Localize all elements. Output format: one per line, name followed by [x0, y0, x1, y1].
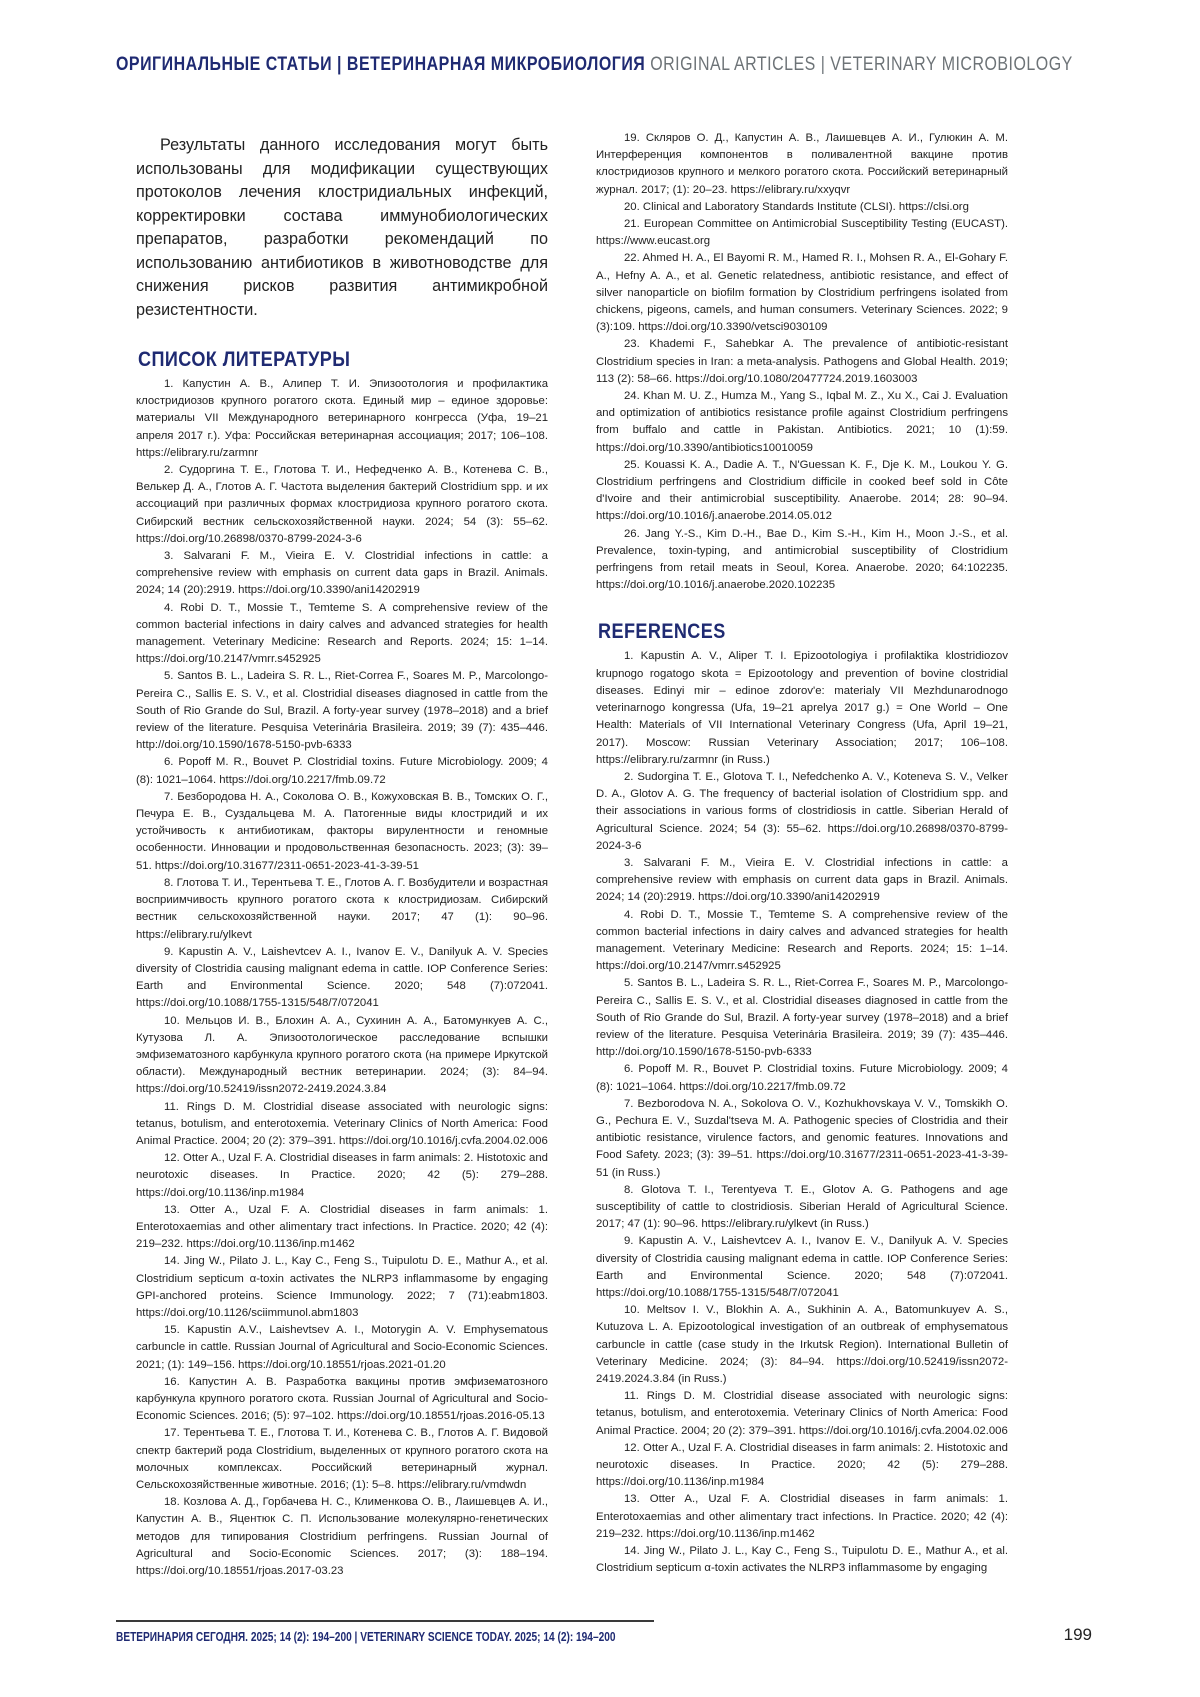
- reference-item: 9. Kapustin A. V., Laishevtcev A. I., Iv…: [596, 1233, 1008, 1302]
- reference-item: 14. Jing W., Pilato J. L., Kay C., Feng …: [596, 1543, 1008, 1577]
- ru-reference-list: 1. Капустин А. В., Алипер Т. И. Эпизоото…: [136, 376, 548, 1580]
- reference-item: 4. Robi D. T., Mossie T., Temteme S. A c…: [136, 600, 548, 669]
- reference-item: 21. European Committee on Antimicrobial …: [596, 216, 1008, 250]
- running-header: ОРИГИНАЛЬНЫЕ СТАТЬИ | ВЕТЕРИНАРНАЯ МИКРО…: [116, 54, 1073, 76]
- reference-item: 25. Kouassi K. A., Dadie A. T., N'Guessa…: [596, 457, 1008, 526]
- footer-citation: ВЕТЕРИНАРИЯ СЕГОДНЯ. 2025; 14 (2): 194–2…: [116, 1629, 616, 1644]
- reference-item: 17. Терентьева Т. Е., Глотова Т. И., Кот…: [136, 1425, 548, 1494]
- reference-item: 8. Глотова Т. И., Терентьева Т. Е., Глот…: [136, 875, 548, 944]
- reference-item: 23. Khademi F., Sahebkar A. The prevalen…: [596, 336, 1008, 388]
- reference-item: 16. Капустин А. В. Разработка вакцины пр…: [136, 1374, 548, 1426]
- reference-item: 20. Clinical and Laboratory Standards In…: [596, 199, 1008, 216]
- reference-item: 18. Козлова А. Д., Горбачева Н. С., Клим…: [136, 1494, 548, 1580]
- reference-item: 15. Kapustin A.V., Laishevtsev A. I., Mo…: [136, 1322, 548, 1374]
- reference-item: 22. Ahmed H. A., El Bayomi R. M., Hamed …: [596, 250, 1008, 336]
- reference-item: 11. Rings D. M. Clostridial disease asso…: [596, 1388, 1008, 1440]
- reference-item: 10. Мельцов И. В., Блохин А. А., Сухинин…: [136, 1013, 548, 1099]
- reference-item: 5. Santos B. L., Ladeira S. R. L., Riet-…: [136, 668, 548, 754]
- reference-item: 7. Bezborodova N. A., Sokolova O. V., Ko…: [596, 1096, 1008, 1182]
- reference-item: 12. Otter A., Uzal F. A. Clostridial dis…: [136, 1150, 548, 1202]
- running-header-ru: ОРИГИНАЛЬНЫЕ СТАТЬИ | ВЕТЕРИНАРНАЯ МИКРО…: [116, 54, 645, 75]
- left-column: Результаты данного исследования могут бы…: [136, 130, 548, 1580]
- reference-item: 9. Kapustin A. V., Laishevtcev A. I., Iv…: [136, 944, 548, 1013]
- page-number: 199: [1064, 1625, 1092, 1645]
- reference-item: 7. Безбородова Н. А., Соколова О. В., Ко…: [136, 789, 548, 875]
- reference-item: 13. Otter A., Uzal F. A. Clostridial dis…: [596, 1491, 1008, 1543]
- footer-divider: [116, 1620, 654, 1622]
- reference-item: 11. Rings D. M. Clostridial disease asso…: [136, 1099, 548, 1151]
- reference-item: 4. Robi D. T., Mossie T., Temteme S. A c…: [596, 907, 1008, 976]
- reference-item: 1. Kapustin A. V., Aliper T. I. Epizooto…: [596, 648, 1008, 768]
- ru-reference-list-continued: 19. Скляров О. Д., Капустин А. В., Лаише…: [596, 130, 1008, 594]
- reference-item: 12. Otter A., Uzal F. A. Clostridial dis…: [596, 1440, 1008, 1492]
- reference-item: 5. Santos B. L., Ladeira S. R. L., Riet-…: [596, 975, 1008, 1061]
- reference-item: 2. Sudorgina T. E., Glotova T. I., Nefed…: [596, 769, 1008, 855]
- reference-item: 1. Капустин А. В., Алипер Т. И. Эпизоото…: [136, 376, 548, 462]
- en-references-title: REFERENCES: [598, 620, 951, 644]
- reference-item: 6. Popoff M. R., Bouvet P. Clostridial t…: [596, 1061, 1008, 1095]
- running-header-en: ORIGINAL ARTICLES | VETERINARY MICROBIOL…: [650, 54, 1073, 75]
- reference-item: 10. Meltsov I. V., Blokhin A. A., Sukhin…: [596, 1302, 1008, 1388]
- reference-item: 19. Скляров О. Д., Капустин А. В., Лаише…: [596, 130, 1008, 199]
- reference-item: 6. Popoff M. R., Bouvet P. Clostridial t…: [136, 754, 548, 788]
- reference-item: 3. Salvarani F. M., Vieira E. V. Clostri…: [596, 855, 1008, 907]
- ru-references-title: СПИСОК ЛИТЕРАТУРЫ: [138, 348, 491, 372]
- reference-item: 8. Glotova T. I., Terentyeva T. E., Glot…: [596, 1182, 1008, 1234]
- conclusion-paragraph: Результаты данного исследования могут бы…: [136, 134, 548, 322]
- reference-item: 13. Otter A., Uzal F. A. Clostridial dis…: [136, 1202, 548, 1254]
- reference-item: 2. Судоргина Т. Е., Глотова Т. И., Нефед…: [136, 462, 548, 548]
- reference-item: 14. Jing W., Pilato J. L., Kay C., Feng …: [136, 1253, 548, 1322]
- reference-item: 24. Khan M. U. Z., Humza M., Yang S., Iq…: [596, 388, 1008, 457]
- right-column: 19. Скляров О. Д., Капустин А. В., Лаише…: [596, 130, 1008, 1577]
- reference-item: 3. Salvarani F. M., Vieira E. V. Clostri…: [136, 548, 548, 600]
- reference-item: 26. Jang Y.-S., Kim D.-H., Bae D., Kim S…: [596, 526, 1008, 595]
- en-reference-list: 1. Kapustin A. V., Aliper T. I. Epizooto…: [596, 648, 1008, 1577]
